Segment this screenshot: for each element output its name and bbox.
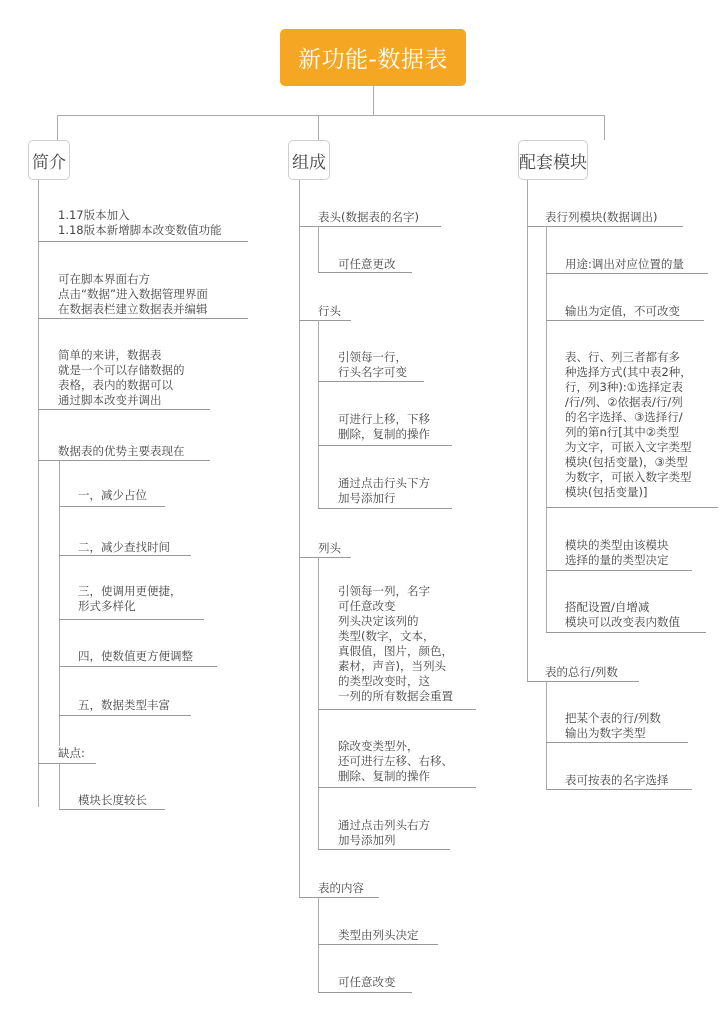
modules-item[interactable]: 表、行、列三者都有多 种选择方式(其中表2种， 行，列3种):①选择定表 /行/… <box>565 350 692 500</box>
underline <box>299 897 379 898</box>
underline <box>59 809 165 810</box>
underline <box>59 555 191 556</box>
modules-item[interactable]: 模块的类型由该模块 选择的量的类型决定 <box>565 538 669 568</box>
underline <box>299 320 351 321</box>
underline <box>59 619 204 620</box>
intro-item[interactable]: 可在脚本界面右方 点击“数据”进入数据管理界面 在数据表栏建立数据表并编辑 <box>58 272 208 317</box>
underline <box>318 381 424 382</box>
trunk-line <box>38 180 39 807</box>
intro-item-disadvantages[interactable]: 缺点: <box>58 746 85 761</box>
advantage-item[interactable]: 二，减少查找时间 <box>78 540 170 555</box>
underline <box>546 320 704 321</box>
branch-line <box>318 226 319 272</box>
branch-line <box>318 557 319 849</box>
category-intro[interactable]: 简介 <box>28 140 70 180</box>
advantage-item[interactable]: 四，使数值更方便调整 <box>78 649 193 664</box>
modules-item[interactable]: 用途:调出对应位置的量 <box>565 257 684 272</box>
underline <box>546 570 692 571</box>
composition-item[interactable]: 除改变类型外， 还可进行左移、右移、 删除、复制的操作 <box>338 739 453 784</box>
underline <box>318 272 412 273</box>
underline <box>59 715 191 716</box>
underline <box>527 681 639 682</box>
root-node[interactable]: 新功能-数据表 <box>280 29 466 86</box>
advantage-item[interactable]: 三，使调用更便捷， 形式多样化 <box>78 584 182 614</box>
underline <box>38 763 96 764</box>
composition-item[interactable]: 引领每一列，名字 可任意改变 列头决定该列的 类型(数字，文本， 真假值，图片，… <box>338 584 453 704</box>
composition-section[interactable]: 表头(数据表的名字) <box>318 210 419 225</box>
modules-item[interactable]: 把某个表的行/列数 输出为数字类型 <box>565 711 661 741</box>
intro-item-advantages[interactable]: 数据表的优势主要表现在 <box>58 444 185 459</box>
underline <box>318 445 452 446</box>
category-modules[interactable]: 配套模块 <box>518 140 588 180</box>
modules-item[interactable]: 表可按表的名字选择 <box>565 773 669 788</box>
advantage-item[interactable]: 一，减少占位 <box>78 488 147 503</box>
underline <box>59 506 165 507</box>
branch-line <box>318 897 319 993</box>
trunk-line <box>527 180 528 682</box>
underline <box>38 318 248 319</box>
branch-line <box>318 320 319 509</box>
modules-item[interactable]: 输出为定值，不可改变 <box>565 304 680 319</box>
underline <box>299 226 441 227</box>
underline <box>546 273 708 274</box>
trunk-line <box>299 180 300 898</box>
composition-item[interactable]: 可任意更改 <box>338 257 396 272</box>
modules-section[interactable]: 表行列模块(数据调出) <box>545 210 657 225</box>
underline <box>38 460 210 461</box>
connector <box>373 86 374 116</box>
composition-item[interactable]: 通过点击行头下方 加号添加行 <box>338 476 430 506</box>
intro-item[interactable]: 1.17版本加入 1.18版本新增脚本改变数值功能 <box>58 208 222 238</box>
connector <box>318 115 319 140</box>
underline <box>546 789 692 790</box>
branch-line <box>546 681 547 790</box>
composition-item[interactable]: 可任意改变 <box>338 975 396 990</box>
connector <box>604 115 605 140</box>
composition-item[interactable]: 引领每一行， 行头名字可变 <box>338 350 407 380</box>
composition-item[interactable]: 类型由列头决定 <box>338 928 419 943</box>
underline <box>546 507 718 508</box>
underline <box>318 944 438 945</box>
composition-section[interactable]: 行头 <box>318 304 341 319</box>
underline <box>318 709 476 710</box>
disadvantage-item[interactable]: 模块长度较长 <box>78 793 147 808</box>
composition-section[interactable]: 表的内容 <box>318 881 364 896</box>
underline <box>38 409 210 410</box>
advantage-item[interactable]: 五，数据类型丰富 <box>78 698 170 713</box>
branch-line <box>546 226 547 633</box>
underline <box>318 508 452 509</box>
connector <box>57 115 605 116</box>
underline <box>318 787 476 788</box>
intro-item[interactable]: 简单的来讲，数据表 就是一个可以存储数据的 表格，表内的数据可以 通过脚本改变并… <box>58 348 185 408</box>
composition-item[interactable]: 可进行上移，下移 删除，复制的操作 <box>338 412 430 442</box>
underline <box>527 226 683 227</box>
underline <box>38 241 248 242</box>
modules-item[interactable]: 搭配设置/自增减 模块可以改变表内数值 <box>565 600 680 630</box>
underline <box>546 632 706 633</box>
underline <box>318 849 450 850</box>
composition-item[interactable]: 通过点击列头右方 加号添加列 <box>338 818 430 848</box>
composition-section[interactable]: 列头 <box>318 541 341 556</box>
underline <box>546 742 688 743</box>
underline <box>318 992 412 993</box>
underline <box>59 666 217 667</box>
connector <box>57 115 58 140</box>
underline <box>299 557 351 558</box>
category-composition[interactable]: 组成 <box>288 140 330 180</box>
modules-section[interactable]: 表的总行/列数 <box>545 665 618 680</box>
branch-line <box>59 460 60 746</box>
branch-line <box>59 763 60 810</box>
